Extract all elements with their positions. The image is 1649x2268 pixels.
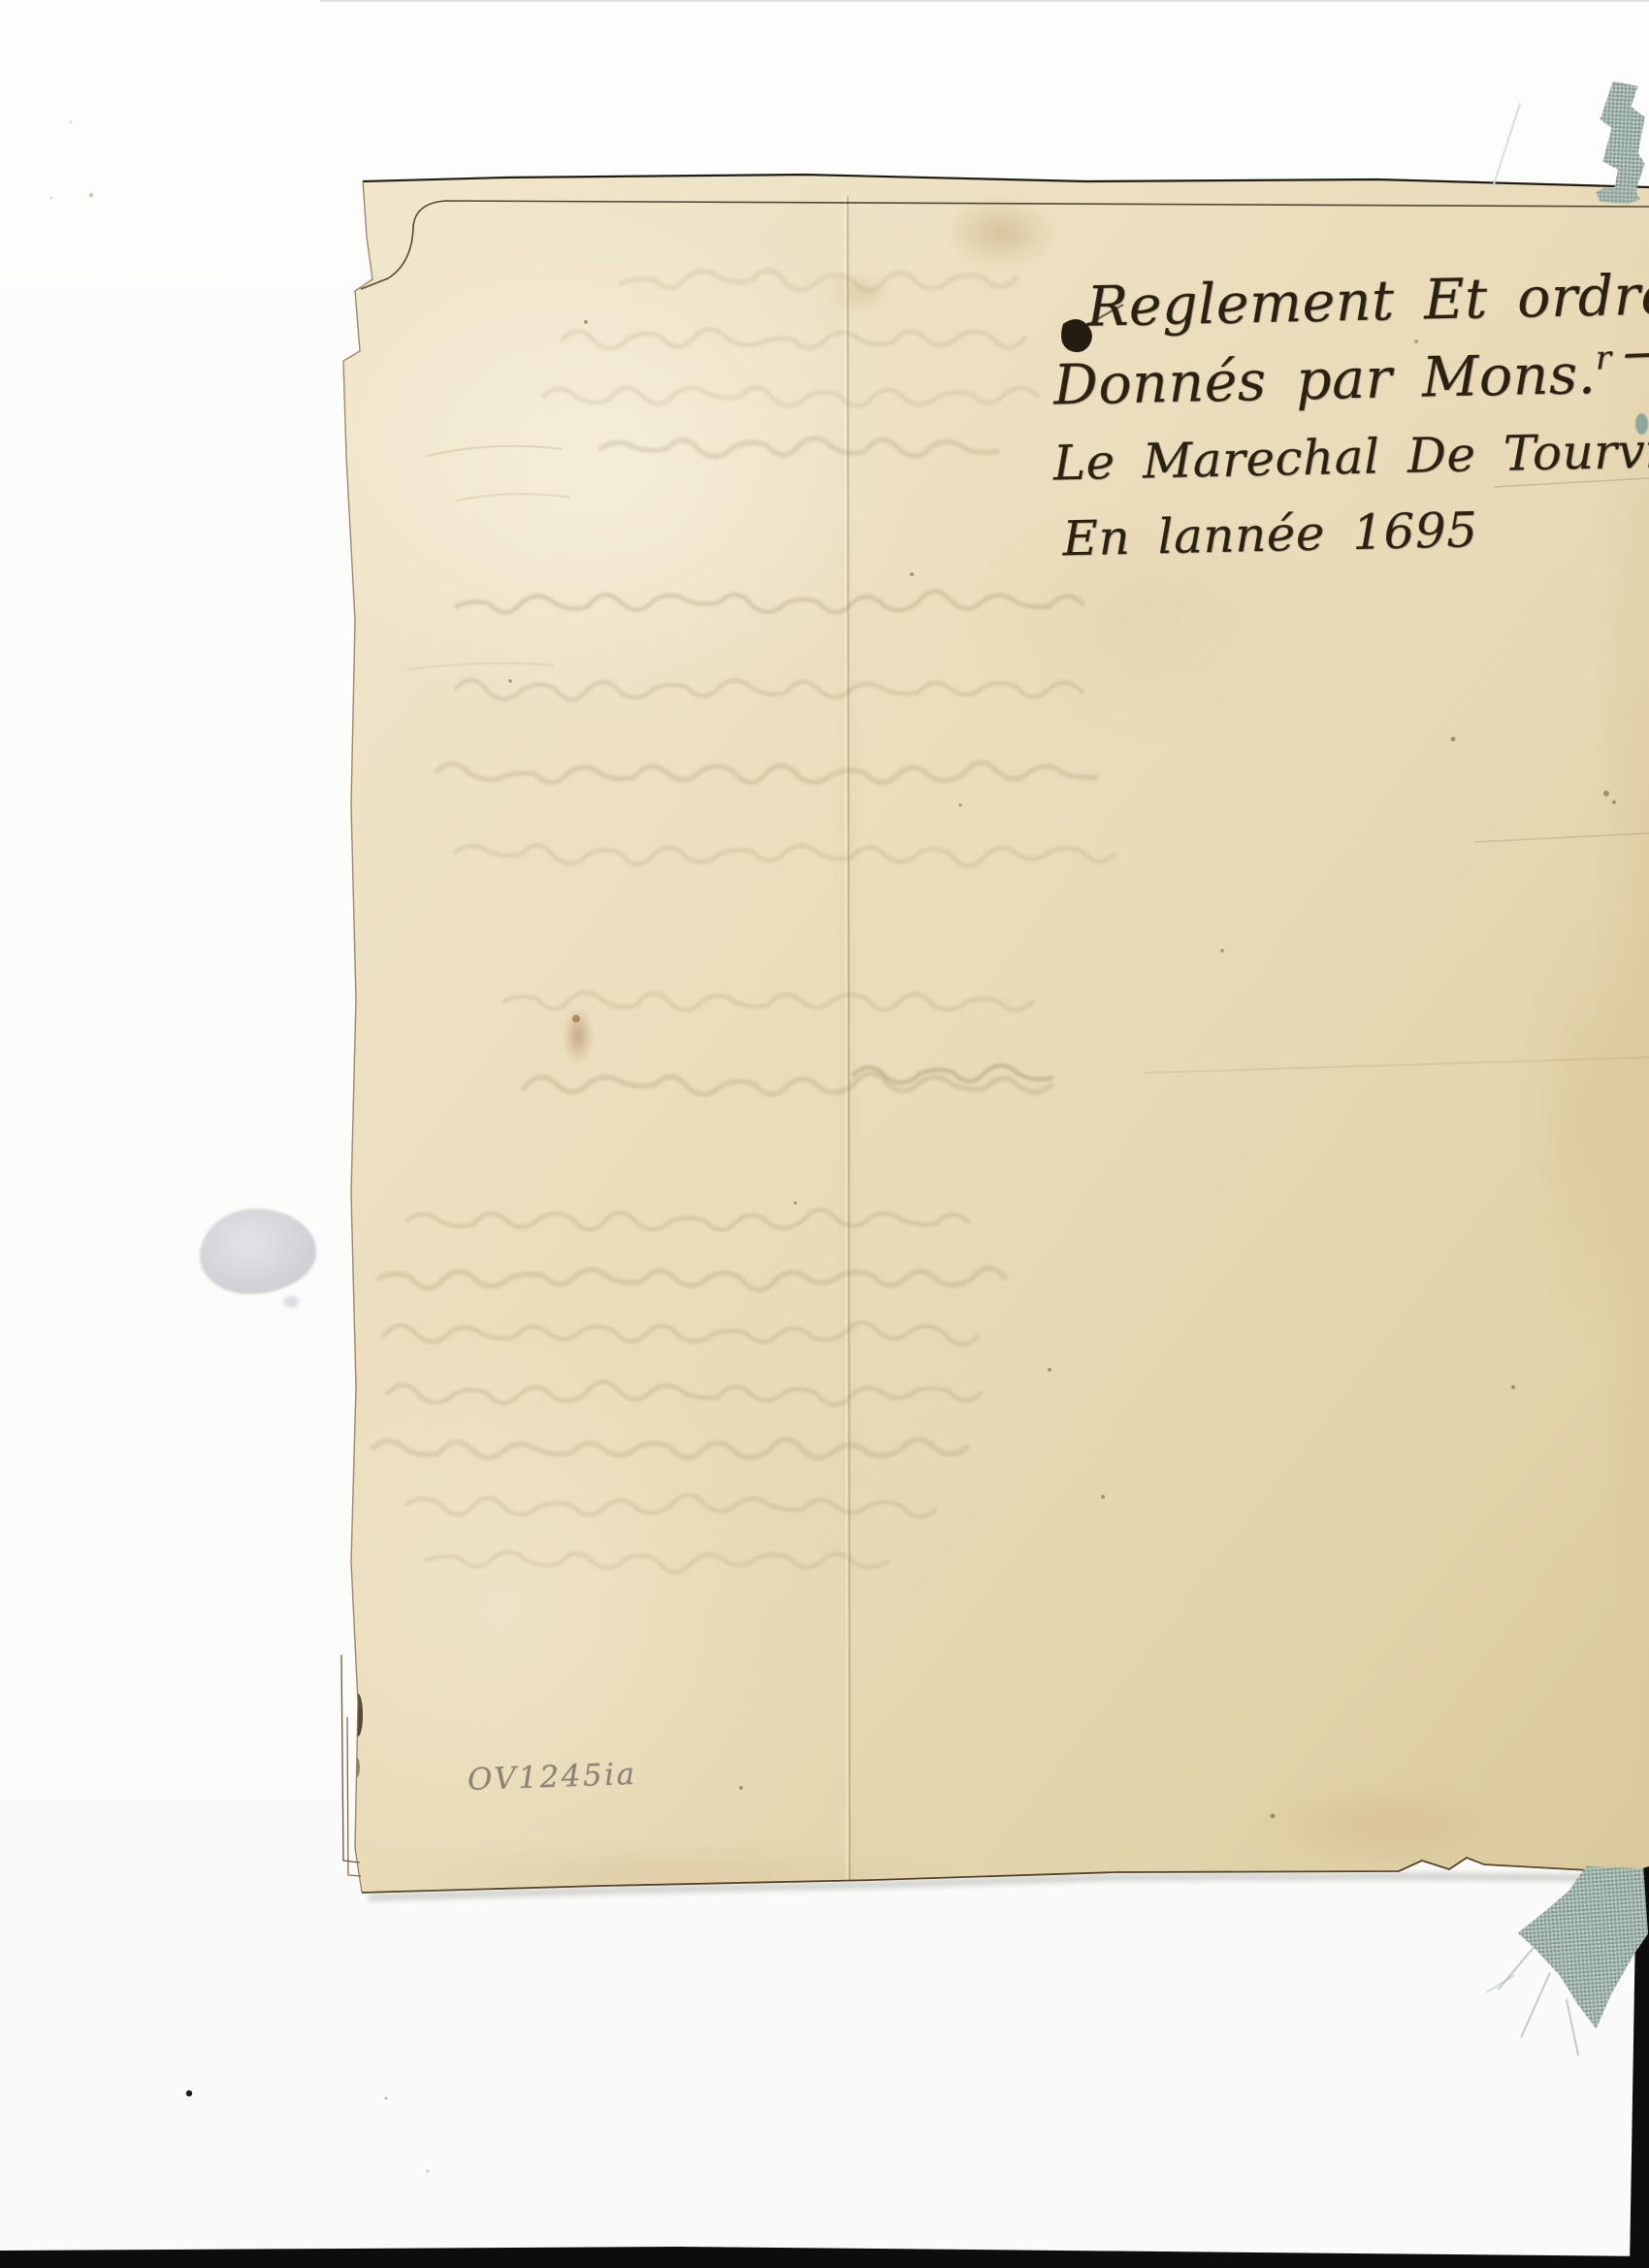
manuscript-title-block: Reglement Et ordres Donnés par Mons.r— L… [1050, 258, 1649, 591]
title-line-2-flourish: — [1616, 316, 1649, 384]
title-line-2-superscript: r [1595, 339, 1612, 377]
title-line-3: Le Marechal De Tourville [1052, 421, 1649, 491]
smudge-speck [283, 1296, 299, 1308]
scanner-bed: Reglement Et ordres Donnés par Mons.r— L… [0, 0, 1649, 2268]
title-line-4: En lannée 1695 [1062, 502, 1478, 567]
pencil-inscription: OV1245ia [467, 1757, 637, 1798]
title-line-1: Reglement Et ordres [1086, 262, 1649, 339]
scan-edge-top-line [320, 0, 1649, 2]
title-line-2: Donnés par Mons.r— [1052, 340, 1649, 417]
title-line-2-main: Donnés par Mons. [1052, 342, 1596, 418]
scan-gap-bottom [0, 2247, 1649, 2268]
